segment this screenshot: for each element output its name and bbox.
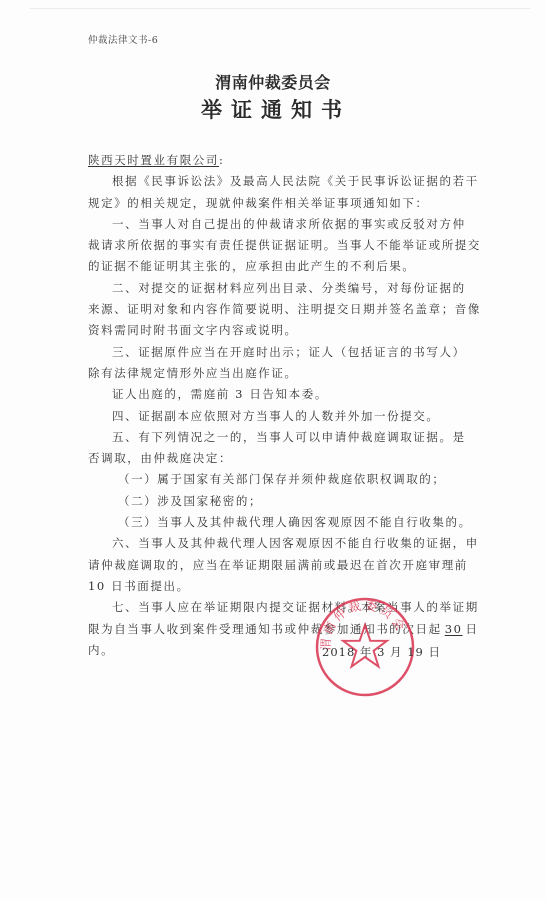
clause-4: 四、证据副本应依照对方当事人的人数并外加一份提交。 — [88, 406, 498, 427]
clause-7: 七、当事人应在举证期限内提交证据材料。本案当事人的举证期 — [88, 597, 498, 618]
issue-date: 2018 年 3 月 19 日 — [322, 644, 441, 660]
clause-1: 一、当事人对自己提出的仲裁请求所依据的事实或反驳对方仲 — [88, 214, 498, 235]
addressee-line: 陕西天时置业有限公司: — [88, 150, 498, 171]
notice-body: 陕西天时置业有限公司: 根据《民事诉讼法》及最高人民法院《关于民事诉讼证据的若干… — [88, 150, 498, 661]
clause-2: 二、对提交的证据材料应列出目录、分类编号，对每份证据的 — [88, 278, 498, 299]
body-line: 的证据不能证明其主张的，应承担由此产生的不利后果。 — [88, 256, 498, 277]
clause-3: 三、证据原件应当在开庭时出示；证人（包括证言的书写人） — [88, 342, 498, 363]
svg-text:渭南仲裁委员会: 渭南仲裁委员会 — [319, 597, 409, 650]
body-line: 除有法律规定情形外应当出庭作证。 — [88, 363, 498, 384]
body-line: 否调取，由仲裁庭决定： — [88, 448, 498, 469]
clause-6: 六、当事人及其仲裁代理人因客观原因不能自行收集的证据，申 — [88, 533, 498, 554]
body-line: 裁请求所依据的事实有责任提供证据证明。当事人不能举证或所提交 — [88, 235, 498, 256]
sub-clause-1: （一）属于国家有关部门保存并须仲裁庭依职权调取的； — [88, 469, 498, 490]
body-line: 资料需同时附书面文字内容或说明。 — [88, 320, 498, 341]
sub-clause-3: （三）当事人及其仲裁代理人确因客观原因不能自行收集的。 — [88, 512, 498, 533]
period-unit: 日 — [466, 622, 479, 636]
body-line: 10 日书面提出。 — [88, 576, 498, 597]
scan-edge-line — [30, 8, 530, 9]
organization-name: 渭南仲裁委员会 — [0, 70, 546, 93]
addressee: 陕西天时置业有限公司 — [88, 153, 219, 167]
body-line: 证人出庭的，需庭前 3 日告知本委。 — [88, 384, 498, 405]
body-line: 来源、证明对象和内容作简要说明、注明提交日期并签名盖章；音像 — [88, 299, 498, 320]
document-code: 仲裁法律文书-6 — [88, 32, 158, 46]
document-title: 举证通知书 — [0, 94, 546, 124]
body-line: 根据《民事诉讼法》及最高人民法院《关于民事诉讼证据的若干 — [88, 171, 498, 192]
sub-clause-2: （二）涉及国家秘密的； — [88, 491, 498, 512]
body-line: 规定》的相关规定，现就仲裁案件相关举证事项通知如下： — [88, 193, 498, 214]
period-days: 30 — [442, 622, 466, 636]
body-line: 请仲裁庭调取的，应当在举证期限届满前或最迟在首次开庭审理前 — [88, 555, 498, 576]
document-page: 仲裁法律文书-6 渭南仲裁委员会 举证通知书 陕西天时置业有限公司: 根据《民事… — [0, 0, 546, 900]
addressee-colon: : — [219, 153, 224, 167]
body-line: 限为自当事人收到案件受理通知书或仲裁参加通知书的次日起30日 — [88, 619, 498, 640]
clause-5: 五、有下列情况之一的，当事人可以申请仲裁庭调取证据。是 — [88, 427, 498, 448]
